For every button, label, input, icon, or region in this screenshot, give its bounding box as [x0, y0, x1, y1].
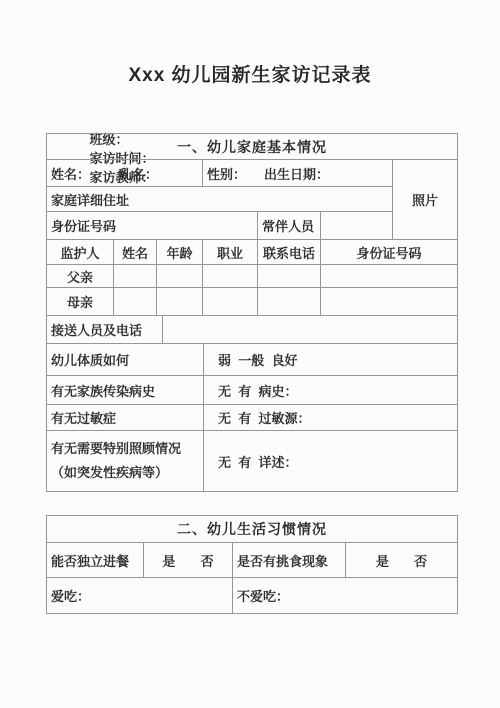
father-occupation-cell [203, 265, 258, 287]
special-care-row: 有无需要特别照顾情况 （如突发性疾病等） 无 有 详述： [47, 431, 457, 491]
father-phone-cell [258, 265, 321, 287]
constitution-label-cell: 幼儿体质如何 [47, 344, 204, 375]
mother-age-cell [157, 288, 203, 315]
allergy-label-cell: 有无过敏症 [47, 405, 204, 430]
mother-occupation-cell [203, 288, 258, 315]
special-care-label-cell: 有无需要特别照顾情况 （如突发性疾病等） [47, 431, 204, 491]
guardian-col-header: 监护人 [47, 240, 114, 264]
eating-row: 能否独立进餐 是 否 是否有挑食现象 是 否 [47, 543, 457, 578]
guardian-header-row: 监护人 姓名 年龄 职业 联系电话 身份证号码 [47, 240, 457, 265]
photo-cell: 照片 [392, 160, 457, 239]
pickup-label-cell: 接送人员及电话 [47, 316, 163, 343]
idcard-col-header: 身份证号码 [321, 240, 457, 264]
section2-title: 二、幼儿生活习惯情况 [177, 519, 327, 539]
father-age-cell [157, 265, 203, 287]
gender-birthdate-cell: 性别： 出生日期： [203, 160, 392, 186]
companion-label-cell: 常伴人员 [258, 212, 321, 239]
name-col-header: 姓名 [114, 240, 157, 264]
allergy-row: 有无过敏症 无 有 过敏源： [47, 405, 457, 431]
id-companion-row: 身份证号码 常伴人员 [47, 212, 392, 239]
dislikes-to-eat-cell: 不爱吃： [233, 578, 457, 613]
home-address-cell: 家庭详细住址 [47, 187, 392, 211]
form-title: Xxx 幼儿园新生家访记录表 [0, 60, 500, 87]
pickup-value-cell [163, 316, 457, 343]
food-preference-row: 爱吃： 不爱吃： [47, 578, 457, 613]
section1-header: 一、幼儿家庭基本情况 [47, 134, 457, 160]
father-row: 父亲 [47, 265, 457, 288]
special-care-options-cell: 无 有 详述： [204, 431, 457, 491]
family-info-table: 一、幼儿家庭基本情况 姓名： 乳名： 性别： 出生日期： 家庭详细住址 身份证号… [46, 133, 458, 492]
mother-phone-cell [258, 288, 321, 315]
constitution-row: 幼儿体质如何 弱 一般 良好 [47, 344, 457, 376]
father-label-cell: 父亲 [47, 265, 114, 287]
picky-eating-label-cell: 是否有挑食现象 [233, 543, 346, 577]
mother-row: 母亲 [47, 288, 457, 316]
address-row: 家庭详细住址 [47, 187, 392, 212]
name-nickname-cell: 姓名： 乳名： [47, 160, 203, 186]
phone-col-header: 联系电话 [258, 240, 321, 264]
mother-label-cell: 母亲 [47, 288, 114, 315]
mother-name-cell [114, 288, 157, 315]
companion-value-cell [321, 212, 392, 239]
section2-header: 二、幼儿生活习惯情况 [47, 516, 457, 543]
family-disease-options-cell: 无 有 病史： [204, 376, 457, 404]
father-idcard-cell [321, 265, 457, 287]
family-disease-row: 有无家族传染病史 无 有 病史： [47, 376, 457, 405]
special-care-label-line2: （如突发性疾病等） [51, 461, 168, 485]
likes-to-eat-cell: 爱吃： [47, 578, 233, 613]
living-habits-table: 二、幼儿生活习惯情况 能否独立进餐 是 否 是否有挑食现象 是 否 爱吃： 不爱… [46, 515, 458, 614]
special-care-label-line1: 有无需要特别照顾情况 [51, 437, 181, 461]
mother-idcard-cell [321, 288, 457, 315]
allergy-options-cell: 无 有 过敏源： [204, 405, 457, 430]
father-name-cell [114, 265, 157, 287]
eat-independently-label-cell: 能否独立进餐 [47, 543, 144, 577]
section1-title: 一、幼儿家庭基本情况 [177, 137, 327, 157]
age-col-header: 年龄 [157, 240, 203, 264]
occupation-col-header: 职业 [203, 240, 258, 264]
id-number-cell: 身份证号码 [47, 212, 258, 239]
pickup-row: 接送人员及电话 [47, 316, 457, 344]
family-disease-label-cell: 有无家族传染病史 [47, 376, 204, 404]
picky-eating-options-cell: 是 否 [346, 543, 457, 577]
basic-info-block: 姓名： 乳名： 性别： 出生日期： 家庭详细住址 身份证号码 常伴人员 照片 [47, 160, 457, 240]
constitution-options-cell: 弱 一般 良好 [204, 344, 457, 375]
name-row: 姓名： 乳名： 性别： 出生日期： [47, 160, 392, 187]
form-page: Xxx 幼儿园新生家访记录表 班级： 家访时间： 家访教师： 一、幼儿家庭基本情… [0, 0, 500, 708]
eat-independently-options-cell: 是 否 [144, 543, 233, 577]
